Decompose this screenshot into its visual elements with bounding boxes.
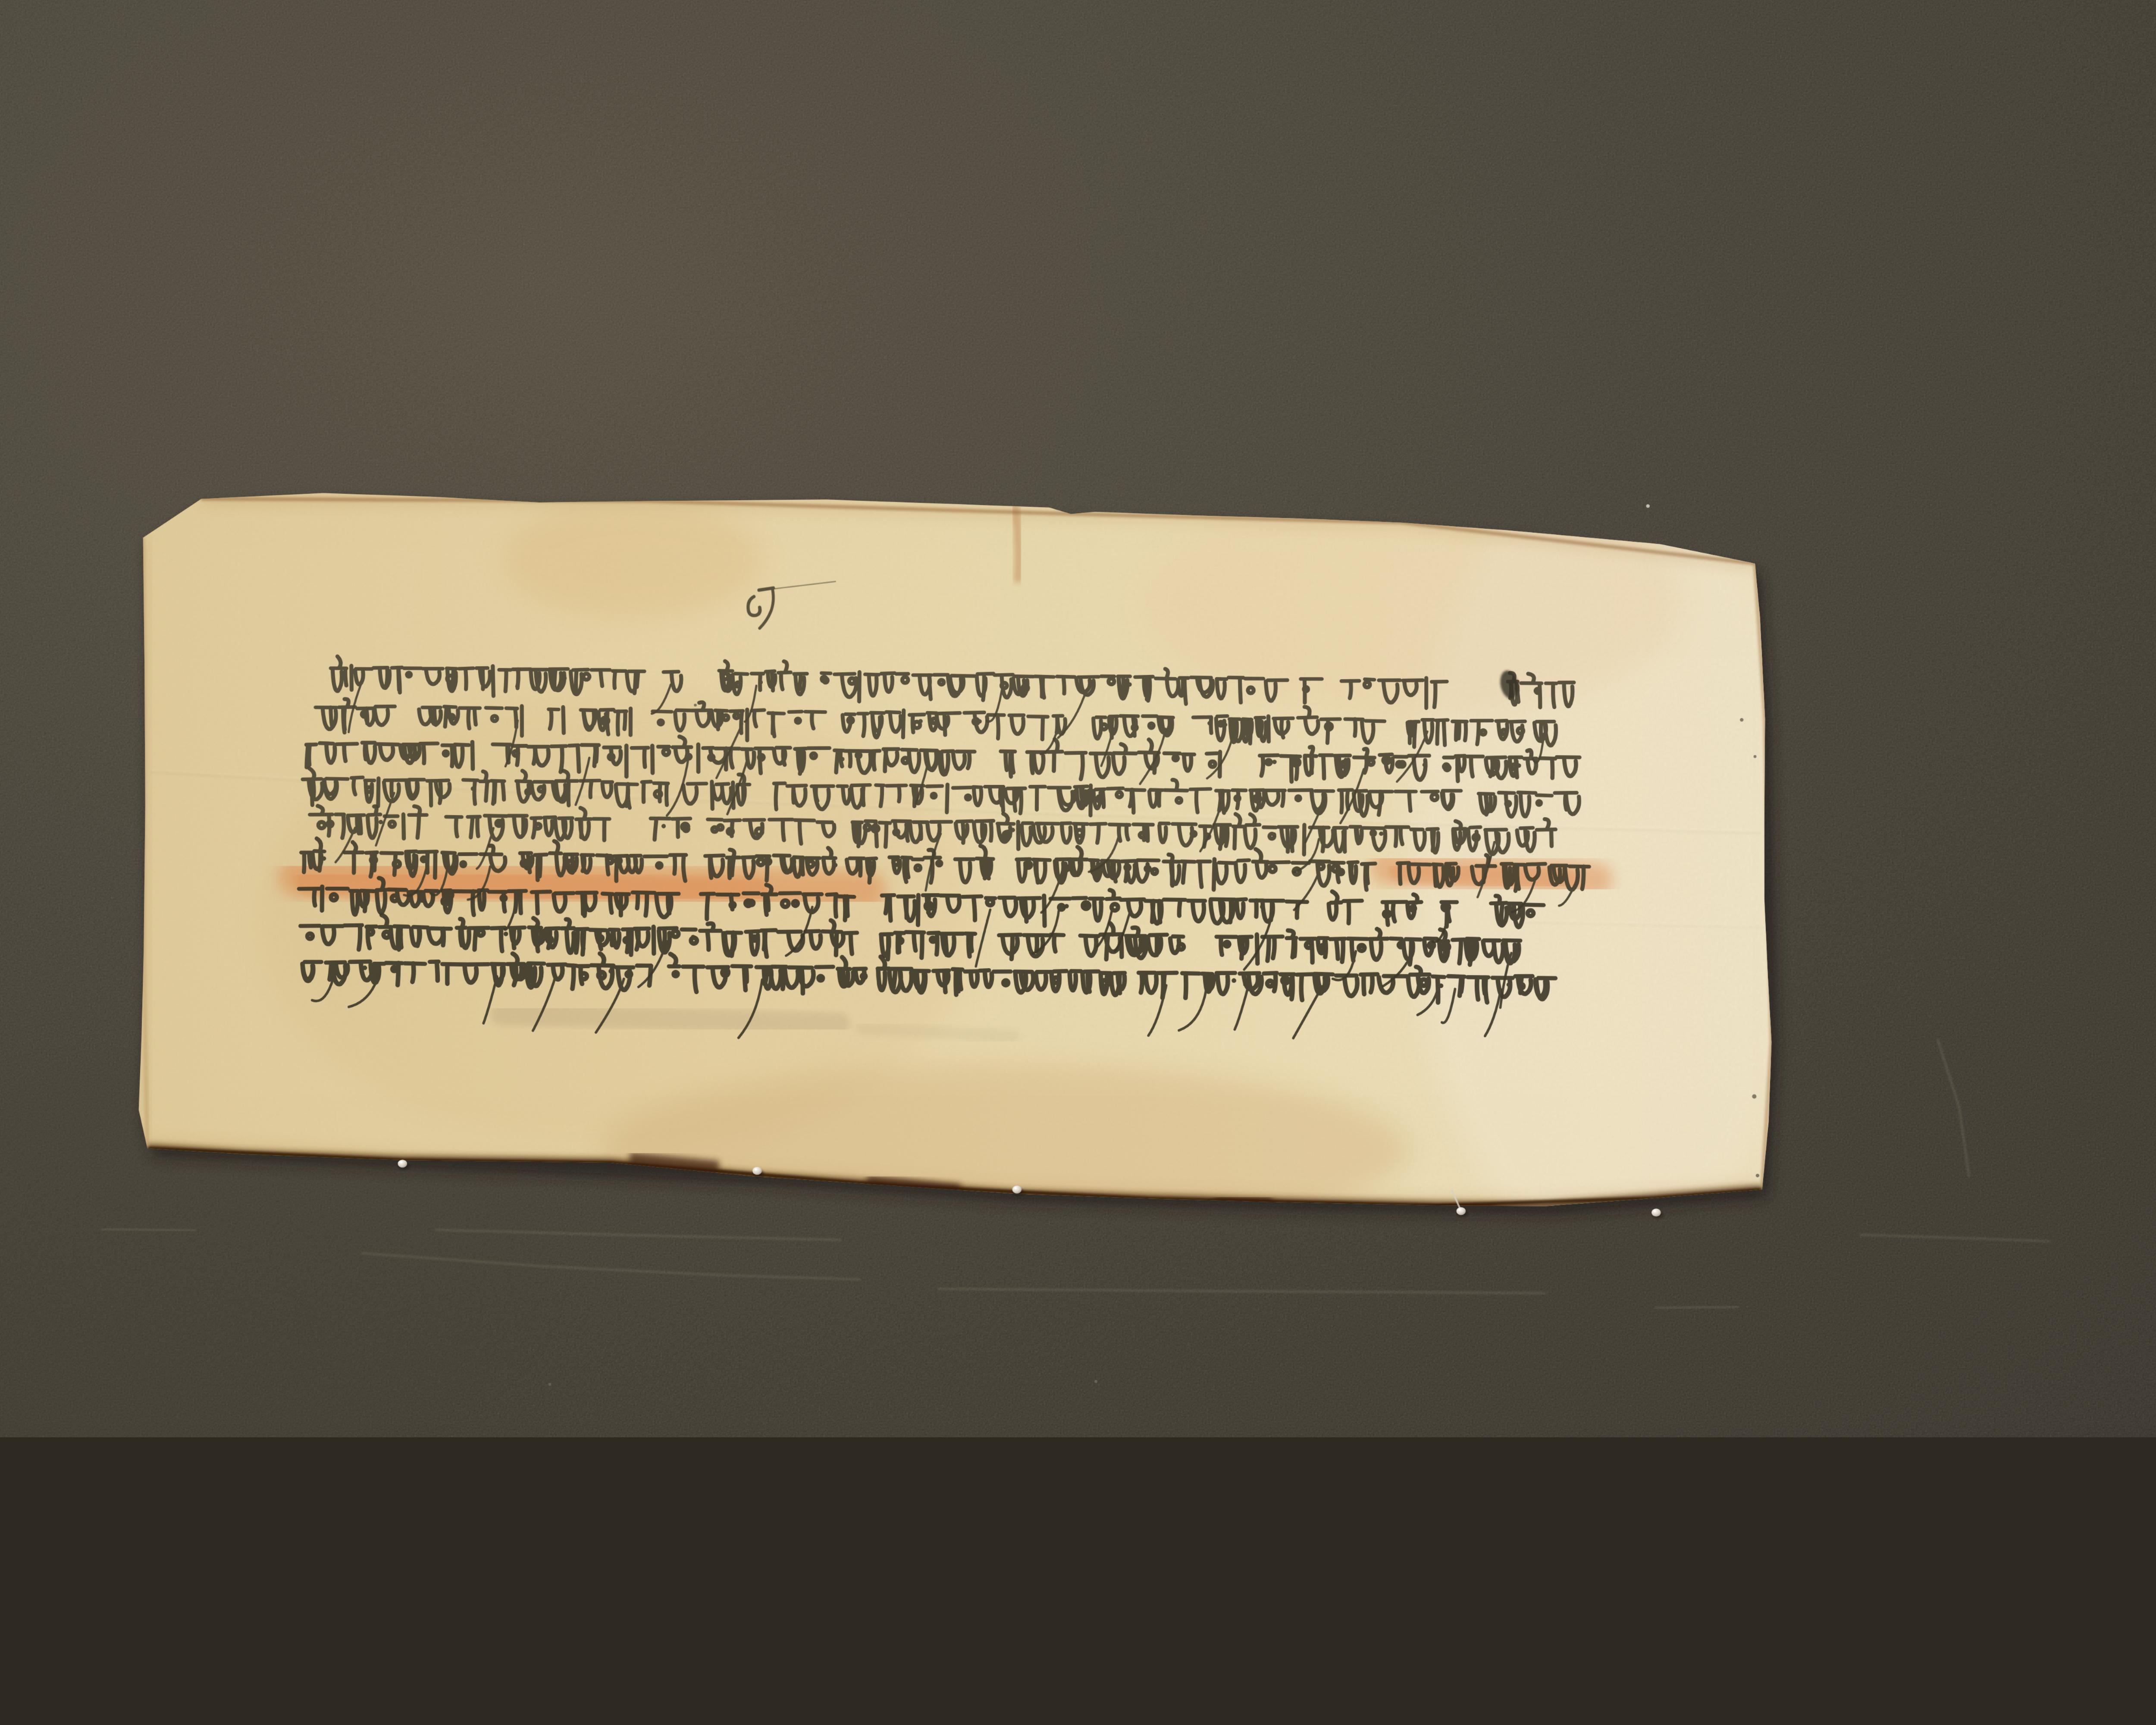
pin-glint	[1015, 1187, 1017, 1189]
ghost-text-smear	[501, 1014, 839, 1024]
pin-glint	[755, 1168, 757, 1170]
ghost-text-smear	[862, 1029, 1013, 1036]
photo-stage	[0, 0, 2156, 1437]
paper-speck	[1754, 755, 1757, 758]
pin-glint	[400, 1161, 402, 1164]
photo-canvas	[0, 0, 2156, 1437]
dust-speck	[548, 1383, 552, 1386]
pin-head	[1651, 1209, 1661, 1217]
dust-speck	[1094, 1380, 1097, 1383]
paper-surface	[115, 460, 1811, 1265]
pin-head	[398, 1160, 407, 1167]
paper-speck	[694, 704, 697, 707]
paper-speck	[1756, 1174, 1759, 1177]
pin-head	[1457, 1207, 1466, 1215]
pin-head	[1012, 1186, 1022, 1193]
paper-speck	[1752, 1095, 1756, 1099]
pin-head	[752, 1167, 762, 1175]
dust-speck	[1646, 504, 1650, 508]
manuscript-page	[115, 460, 1811, 1265]
pin-glint	[1459, 1209, 1461, 1211]
paper-texture	[115, 474, 1797, 1222]
pin-glint	[1654, 1210, 1656, 1212]
paper-speck	[1740, 718, 1743, 721]
